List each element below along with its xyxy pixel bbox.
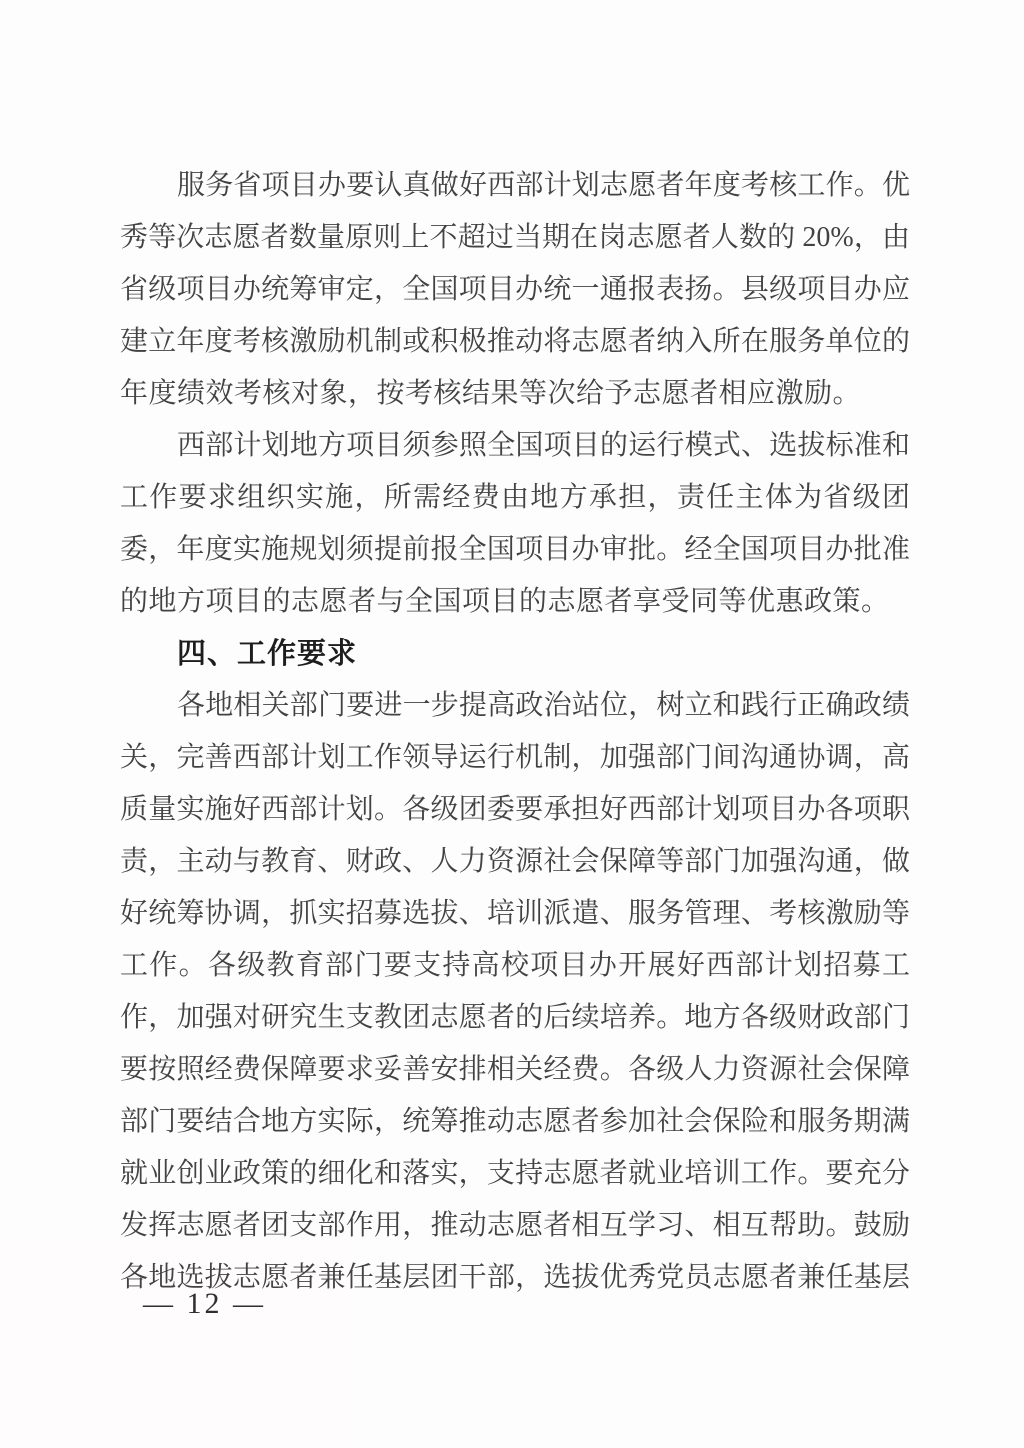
document-page: 服务省项目办要认真做好西部计划志愿者年度考核工作。优秀等次志愿者数量原则上不超过… bbox=[0, 0, 1024, 1448]
text-line: 就业创业政策的细化和落实，支持志愿者就业培训工作。要充分 bbox=[120, 1148, 910, 1200]
text-line: 服务省项目办要认真做好西部计划志愿者年度考核工作。优 bbox=[120, 160, 910, 212]
text-line: 作，加强对研究生支教团志愿者的后续培养。地方各级财政部门 bbox=[120, 992, 910, 1044]
text-line: 西部计划地方项目须参照全国项目的运行模式、选拔标准和 bbox=[120, 420, 910, 472]
text-line: 发挥志愿者团支部作用，推动志愿者相互学习、相互帮助。鼓励 bbox=[120, 1200, 910, 1252]
text-line: 好统筹协调，抓实招募选拔、培训派遣、服务管理、考核激励等 bbox=[120, 888, 910, 940]
document-text-block: 服务省项目办要认真做好西部计划志愿者年度考核工作。优秀等次志愿者数量原则上不超过… bbox=[120, 160, 910, 1304]
text-line: 的地方项目的志愿者与全国项目的志愿者享受同等优惠政策。 bbox=[120, 576, 910, 628]
text-line: 建立年度考核激励机制或积极推动将志愿者纳入所在服务单位的 bbox=[120, 316, 910, 368]
text-line: 各地相关部门要进一步提高政治站位，树立和践行正确政绩 bbox=[120, 680, 910, 732]
page-number: — 12 — bbox=[143, 1278, 266, 1330]
text-line: 质量实施好西部计划。各级团委要承担好西部计划项目办各项职 bbox=[120, 784, 910, 836]
text-line: 责，主动与教育、财政、人力资源社会保障等部门加强沟通，做 bbox=[120, 836, 910, 888]
text-line: 委，年度实施规划须提前报全国项目办审批。经全国项目办批准 bbox=[120, 524, 910, 576]
text-line: 工作。各级教育部门要支持高校项目办开展好西部计划招募工 bbox=[120, 940, 910, 992]
section-heading: 四、工作要求 bbox=[120, 628, 910, 680]
text-line: 要按照经费保障要求妥善安排相关经费。各级人力资源社会保障 bbox=[120, 1044, 910, 1096]
text-line: 关，完善西部计划工作领导运行机制，加强部门间沟通协调，高 bbox=[120, 732, 910, 784]
text-line: 年度绩效考核对象，按考核结果等次给予志愿者相应激励。 bbox=[120, 368, 910, 420]
text-line: 秀等次志愿者数量原则上不超过当期在岗志愿者人数的 20%，由 bbox=[120, 212, 910, 264]
text-line: 部门要结合地方实际，统筹推动志愿者参加社会保险和服务期满 bbox=[120, 1096, 910, 1148]
text-line: 工作要求组织实施，所需经费由地方承担，责任主体为省级团 bbox=[120, 472, 910, 524]
text-line: 省级项目办统筹审定，全国项目办统一通报表扬。县级项目办应 bbox=[120, 264, 910, 316]
